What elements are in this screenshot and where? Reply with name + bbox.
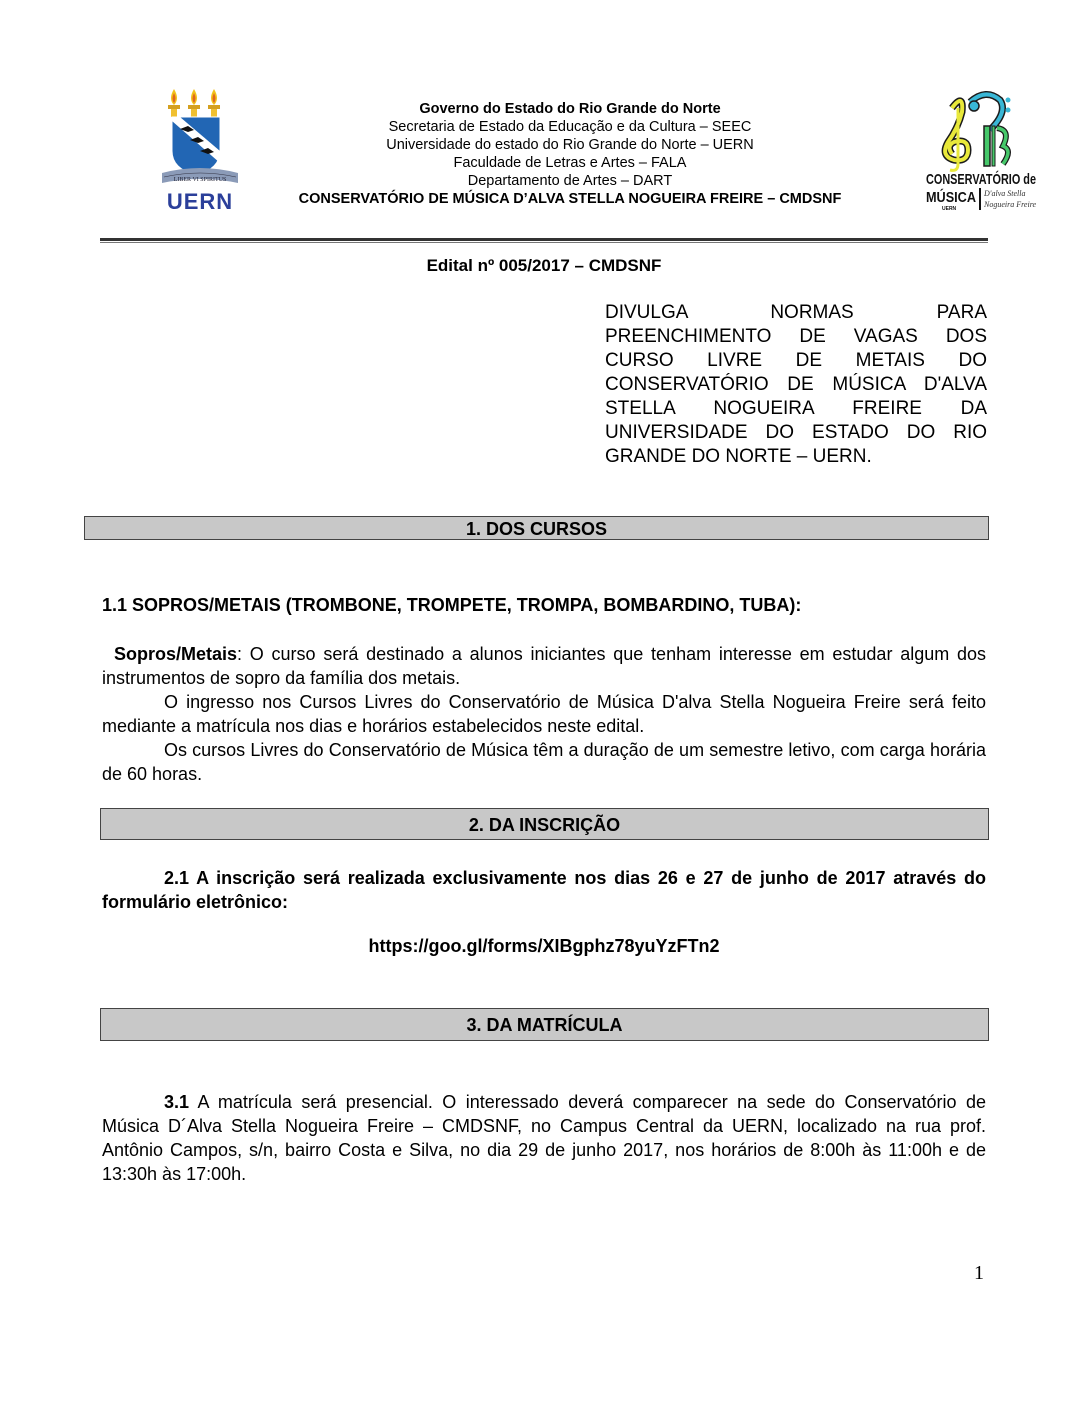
torch-icon bbox=[168, 89, 220, 117]
registration-form-link[interactable]: https://goo.gl/forms/XIBgphz78yuYzFTn2 bbox=[100, 936, 988, 957]
conservatorio-logo: CONSERVATÓRIO de MÚSICA UERN D'alva Stel… bbox=[922, 88, 1048, 212]
paragraph-sopros-metais: Sopros/Metais: O curso será destinado a … bbox=[102, 642, 986, 690]
subsection-heading-sopros-metais: 1.1 SOPROS/METAIS (TROMBONE, TROMPETE, T… bbox=[102, 595, 801, 616]
svg-text:UERN: UERN bbox=[942, 206, 957, 212]
section-matricula-body: 3.1 A matrícula será presencial. O inter… bbox=[102, 1090, 986, 1186]
treble-clef-icon bbox=[945, 101, 968, 171]
uern-logo: LIBER VI SPIRITUS UERN bbox=[160, 85, 240, 215]
section-inscricao-body: 2.1 A inscrição será realizada exclusiva… bbox=[102, 866, 986, 914]
edital-title: Edital nº 005/2017 – CMDSNF bbox=[100, 256, 988, 276]
header-line-dart: Departamento de Artes – DART bbox=[260, 172, 880, 190]
paragraph-duracao: Os cursos Livres do Conservatório de Mús… bbox=[102, 738, 986, 786]
ementa-text: DIVULGA NORMAS PARA PREENCHIMENTO DE VAG… bbox=[605, 301, 987, 469]
alto-clef-icon bbox=[984, 126, 1008, 166]
lead-term-sopros-metais: Sopros/Metais bbox=[114, 644, 237, 664]
svg-text:D'alva Stella: D'alva Stella bbox=[983, 189, 1025, 198]
bass-clef-icon bbox=[969, 94, 1011, 130]
header-line-uern: Universidade do estado do Rio Grande do … bbox=[260, 136, 880, 154]
section-heading-inscricao: 2. DA INSCRIÇÃO bbox=[100, 808, 989, 840]
section-cursos-body: Sopros/Metais: O curso será destinado a … bbox=[102, 642, 986, 786]
header-line-fala: Faculdade de Letras e Artes – FALA bbox=[260, 154, 880, 172]
paragraph-matricula: 3.1 A matrícula será presencial. O inter… bbox=[102, 1090, 986, 1186]
header-line-seec: Secretaria de Estado da Educação e da Cu… bbox=[260, 118, 880, 136]
paragraph-ingresso: O ingresso nos Cursos Livres do Conserva… bbox=[102, 690, 986, 738]
page-number: 1 bbox=[974, 1262, 984, 1285]
header-divider bbox=[100, 238, 988, 243]
section-heading-matricula: 3. DA MATRÍCULA bbox=[100, 1008, 989, 1041]
header-line-cmdsnf: CONSERVATÓRIO DE MÚSICA D’ALVA STELLA NO… bbox=[260, 190, 880, 208]
institution-header: Governo do Estado do Rio Grande do Norte… bbox=[260, 100, 880, 208]
svg-text:UERN: UERN bbox=[167, 189, 233, 214]
clause-number-3-1: 3.1 bbox=[164, 1092, 189, 1112]
svg-text:LIBER VI SPIRITUS: LIBER VI SPIRITUS bbox=[174, 177, 227, 183]
svg-text:CONSERVATÓRIO de: CONSERVATÓRIO de bbox=[926, 170, 1036, 188]
svg-text:MÚSICA: MÚSICA bbox=[926, 188, 976, 206]
section-heading-cursos: 1. DOS CURSOS bbox=[84, 516, 989, 540]
svg-text:Nogueira Freire: Nogueira Freire bbox=[983, 200, 1037, 209]
header-line-governo: Governo do Estado do Rio Grande do Norte bbox=[260, 100, 880, 118]
paragraph-inscricao: 2.1 A inscrição será realizada exclusiva… bbox=[102, 866, 986, 914]
